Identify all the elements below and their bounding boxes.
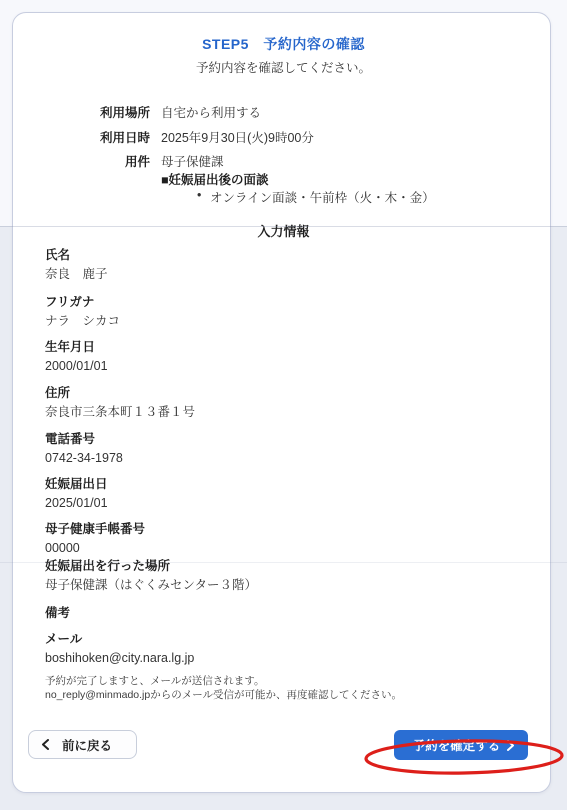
field-remarks: 備考	[45, 606, 505, 625]
place-value: 自宅から利用する	[161, 103, 261, 121]
field-phone: 電話番号 0742-34-1978	[45, 432, 505, 465]
field-birthdate-label: 生年月日	[45, 340, 505, 354]
field-phone-value: 0742-34-1978	[45, 451, 505, 465]
field-notification-place-value: 母子保健課（はぐくみセンター３階）	[45, 578, 505, 592]
field-address: 住所 奈良市三条本町１３番１号	[45, 386, 505, 419]
field-email: メール boshihoken@city.nara.lg.jp	[45, 632, 505, 665]
stitch-seam	[0, 562, 567, 563]
field-furigana-label: フリガナ	[45, 295, 505, 309]
chevron-left-icon	[41, 739, 50, 750]
field-email-value: boshihoken@city.nara.lg.jp	[45, 651, 505, 665]
datetime-value: 2025年9月30日(火)9時00分	[161, 128, 314, 146]
field-notification-place: 妊娠届出を行った場所 母子保健課（はぐくみセンター３階）	[45, 559, 505, 592]
back-button-label: 前に戻る	[50, 736, 124, 754]
page-subtitle: 予約内容を確認してください。	[0, 58, 567, 76]
requirement-item: オンライン面談・午前枠（火・木・金）	[210, 188, 435, 206]
mail-notice-line1: 予約が完了しますと、メールが送信されます。	[45, 675, 505, 689]
field-birthdate: 生年月日 2000/01/01	[45, 340, 505, 373]
back-button[interactable]: 前に戻る	[28, 730, 137, 759]
field-notification-date: 妊娠届出日 2025/01/01	[45, 477, 505, 510]
summary-row-place: 利用場所 自宅から利用する	[28, 103, 508, 121]
field-furigana-value: ナラ シカコ	[45, 314, 505, 328]
requirement-category: ■妊娠届出後の面談	[161, 170, 269, 188]
page-title: STEP5 予約内容の確認	[0, 34, 567, 54]
field-handbook-number-value: 00000	[45, 541, 505, 555]
field-furigana: フリガナ ナラ シカコ	[45, 295, 505, 328]
field-address-value: 奈良市三条本町１３番１号	[45, 405, 505, 419]
confirm-button-label: 予約を確定する	[407, 736, 506, 754]
field-name: 氏名 奈良 鹿子	[45, 248, 505, 281]
field-handbook-number-label: 母子健康手帳番号	[45, 522, 505, 536]
field-name-value: 奈良 鹿子	[45, 267, 505, 281]
chevron-right-icon	[506, 740, 515, 751]
field-notification-date-value: 2025/01/01	[45, 496, 505, 510]
field-name-label: 氏名	[45, 248, 505, 262]
summary-row-requirement: 用件 母子保健課	[28, 152, 508, 170]
field-address-label: 住所	[45, 386, 505, 400]
field-notification-date-label: 妊娠届出日	[45, 477, 505, 491]
requirement-label: 用件	[28, 152, 150, 170]
mail-notice-line2: no_reply@minmado.jpからのメール受信が可能か、再度確認してくだ…	[45, 689, 505, 703]
department-link[interactable]: 母子保健課	[161, 152, 224, 170]
mail-notice: 予約が完了しますと、メールが送信されます。 no_reply@minmado.j…	[45, 675, 505, 702]
stitch-seam	[0, 226, 567, 227]
field-birthdate-value: 2000/01/01	[45, 359, 505, 373]
field-phone-label: 電話番号	[45, 432, 505, 446]
field-remarks-label: 備考	[45, 606, 505, 620]
field-handbook-number: 母子健康手帳番号 00000	[45, 522, 505, 555]
input-info-heading: 入力情報	[0, 221, 567, 240]
place-label: 利用場所	[28, 103, 150, 121]
field-email-label: メール	[45, 632, 505, 646]
datetime-label: 利用日時	[28, 128, 150, 146]
summary-row-datetime: 利用日時 2025年9月30日(火)9時00分	[28, 128, 508, 146]
confirm-button[interactable]: 予約を確定する	[394, 730, 528, 760]
